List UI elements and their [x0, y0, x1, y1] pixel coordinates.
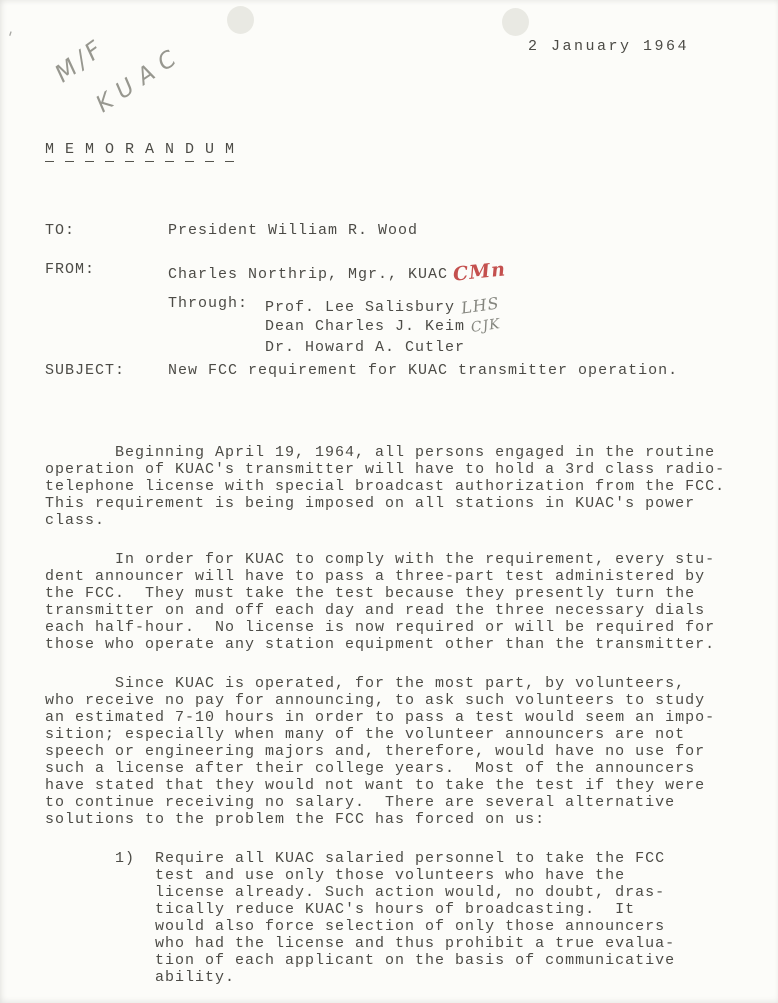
handwriting-line: M/F	[50, 33, 111, 88]
to-value: President William R. Wood	[168, 222, 418, 239]
pencil-corner-mark: '	[4, 28, 14, 47]
document-date: 2 January 1964	[528, 38, 689, 55]
from-row: Charles Northrip, Mgr., KUACCMn	[168, 261, 506, 283]
through-label: Through:	[168, 295, 248, 312]
through-name: Prof. Lee Salisbury	[265, 299, 455, 316]
subject-label: SUBJECT:	[45, 362, 125, 379]
memo-heading: M E M O R A N D U M	[45, 141, 235, 162]
through-name: Dean Charles J. Keim	[265, 318, 465, 335]
through-names: Prof. Lee SalisburyLHS Dean Charles J. K…	[265, 295, 501, 358]
subject-value: New FCC requirement for KUAC transmitter…	[168, 362, 678, 379]
through-row: Dean Charles J. KeimCJK	[265, 316, 501, 337]
from-label: FROM:	[45, 261, 95, 278]
paragraph-1: Beginning April 19, 1964, all persons en…	[45, 444, 755, 529]
handwritten-initials-red: CMn	[452, 258, 507, 285]
through-row: Prof. Lee SalisburyLHS	[265, 295, 501, 316]
paragraph-2: In order for KUAC to comply with the req…	[45, 551, 755, 653]
handwritten-annotation-mf-kuac: M/F KUAC	[48, 8, 278, 118]
through-row: Dr. Howard A. Cutler	[265, 337, 501, 358]
handwritten-initials-pencil: CJK	[470, 314, 502, 339]
to-label: TO:	[45, 222, 75, 239]
punch-hole-right	[502, 8, 529, 36]
list-item-1: 1) Require all KUAC salaried personnel t…	[45, 850, 755, 986]
paragraph-3: Since KUAC is operated, for the most par…	[45, 675, 755, 828]
from-value: Charles Northrip, Mgr., KUAC	[168, 266, 448, 283]
through-name: Dr. Howard A. Cutler	[265, 339, 465, 356]
memo-page: ' M/F KUAC 2 January 1964 M E M O R A N …	[0, 0, 778, 1003]
memo-body: Beginning April 19, 1964, all persons en…	[45, 444, 755, 986]
